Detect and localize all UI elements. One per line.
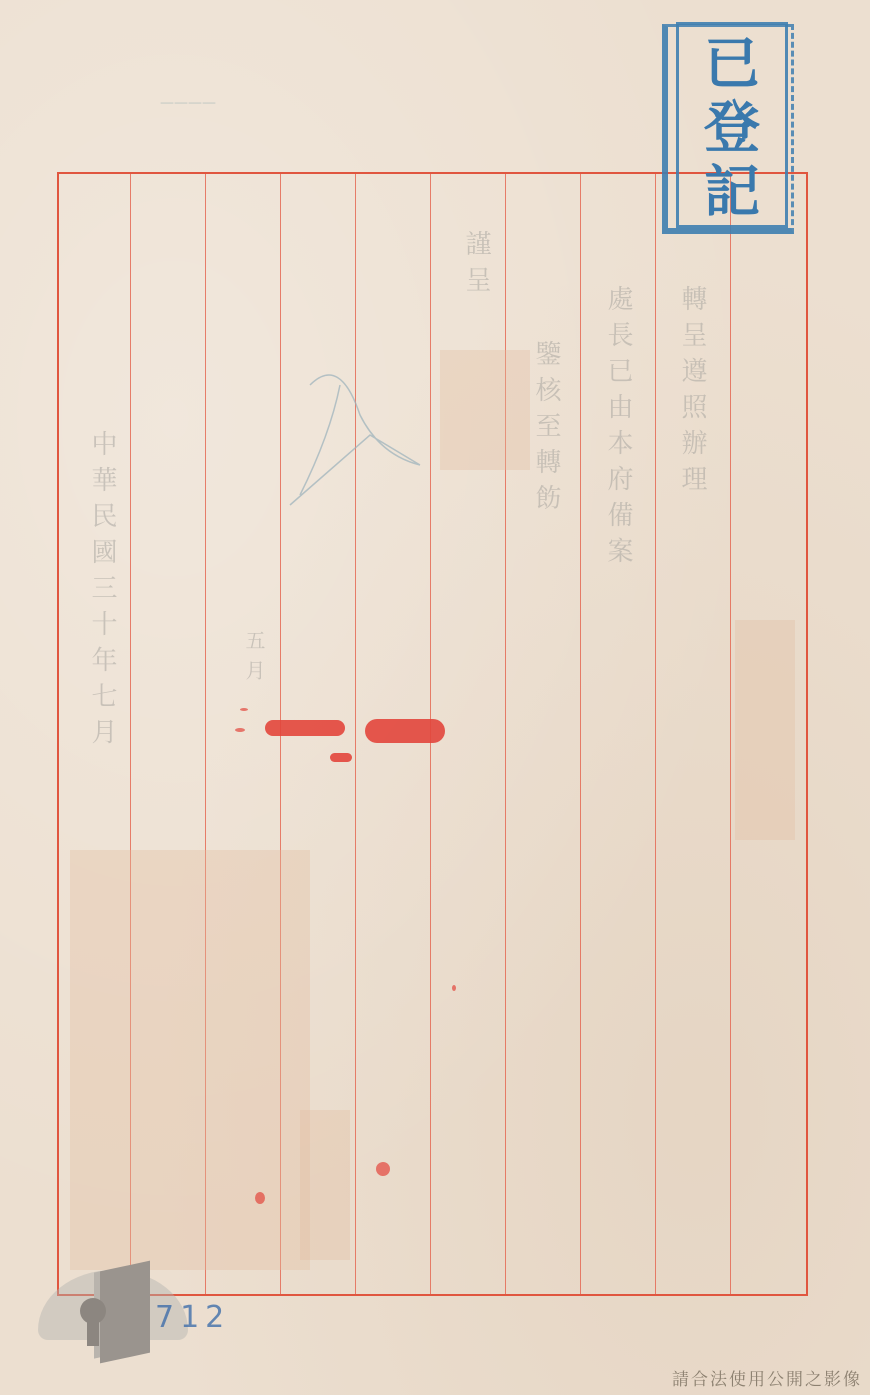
column-rule (580, 174, 581, 1294)
column-rule (505, 174, 506, 1294)
column-rule (730, 174, 731, 1294)
paper-stain (300, 1110, 350, 1260)
column-rule (355, 174, 356, 1294)
handwriting-date: 五月 (240, 630, 269, 710)
stamp-char: 記 (704, 160, 760, 224)
column-rule (655, 174, 656, 1294)
handwriting-column: 謹呈 (458, 230, 495, 430)
document-page: ———— 轉呈遵照辦理 處長已由本府備案 鑒核至轉飭 謹呈 中華民國三十年七月 … (0, 0, 870, 1395)
stamp-char: 已 (704, 32, 760, 96)
handwriting-column: 中華民國三十年七月 (84, 430, 121, 850)
handwriting-column: 鑒核至轉飭 (528, 340, 565, 1100)
registered-stamp: 已 登 記 (662, 14, 802, 239)
usage-watermark: 請合法使用公開之影像 (672, 1365, 862, 1390)
faint-mark: ———— (160, 95, 216, 111)
catalog-number: 712 (155, 1300, 230, 1335)
handwriting-column: 轉呈遵照辦理 (674, 285, 711, 845)
signature-scribble (280, 355, 430, 515)
stamp-char: 登 (704, 96, 760, 160)
paper-stain (70, 850, 310, 1270)
paper-stain (735, 620, 795, 840)
handwriting-column: 處長已由本府備案 (600, 285, 637, 1085)
